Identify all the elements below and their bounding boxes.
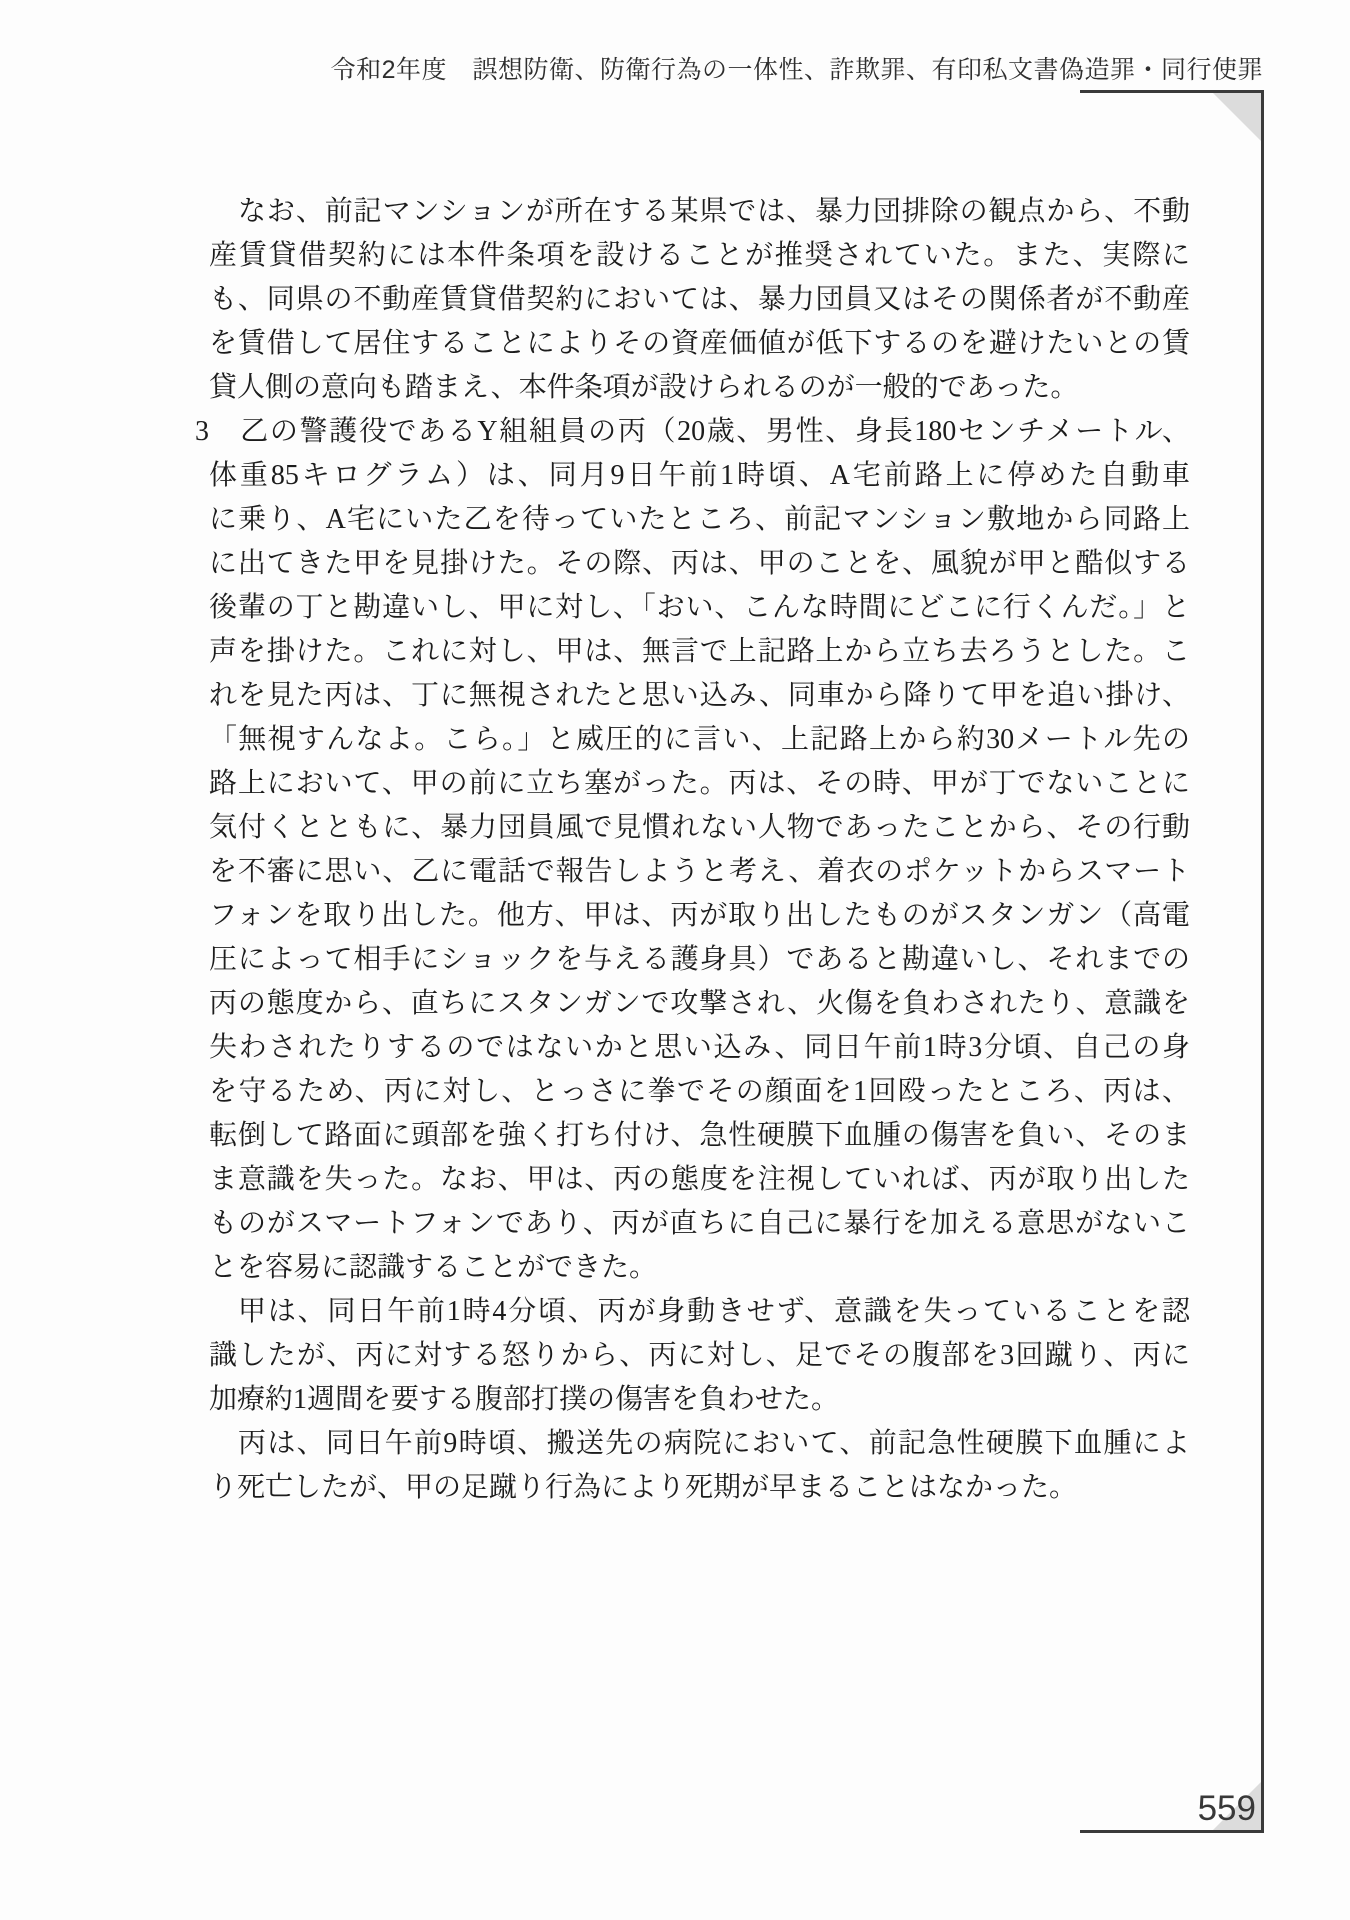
text-line: なお、前記マンションが所在する某県では、暴力団排除の観点から、不動	[209, 190, 1190, 234]
text-line: 気付くとともに、暴力団員風で見慣れない人物であったことから、その行動	[209, 806, 1190, 850]
text-line: を守るため、丙に対し、とっさに拳でその顔面を1回殴ったところ、丙は、	[209, 1070, 1190, 1114]
book-page: 令和2年度 誤想防衛、防衛行為の一体性、詐欺罪、有印私文書偽造罪・同行使罪 なお…	[0, 0, 1350, 1920]
text-line: フォンを取り出した。他方、甲は、丙が取り出したものがスタンガン（高電	[209, 894, 1190, 938]
text-line: 「無視すんなよ。こら。」と威圧的に言い、上記路上から約30メートル先の	[209, 718, 1190, 762]
page-number: 559	[1198, 1789, 1256, 1829]
text-line: に乗り、A宅にいた乙を待っていたところ、前記マンション敷地から同路上	[209, 498, 1190, 542]
text-line: 丙の態度から、直ちにスタンガンで攻撃され、火傷を負わされたり、意識を	[209, 982, 1190, 1026]
text-line: 丙は、同日午前9時頃、搬送先の病院において、前記急性硬膜下血腫によ	[209, 1422, 1190, 1466]
text-line: 声を掛けた。これに対し、甲は、無言で上記路上から立ち去ろうとした。こ	[209, 630, 1190, 674]
text-line: を賃借して居住することによりその資産価値が低下するのを避けたいとの賃	[209, 322, 1190, 366]
text-line: を不審に思い、乙に電話で報告しようと考え、着衣のポケットからスマート	[209, 850, 1190, 894]
text-line: 産賃貸借契約には本件条項を設けることが推奨されていた。また、実際に	[209, 234, 1190, 278]
text-line: 加療約1週間を要する腹部打撲の傷害を負わせた。	[209, 1378, 1190, 1422]
text-line: 路上において、甲の前に立ち塞がった。丙は、その時、甲が丁でないことに	[209, 762, 1190, 806]
text-line: 失わされたりするのではないかと思い込み、同日午前1時3分頃、自己の身	[209, 1026, 1190, 1070]
edge-rule-right	[1261, 90, 1264, 1833]
text-line: り死亡したが、甲の足蹴り行為により死期が早まることはなかった。	[209, 1466, 1190, 1510]
text-line: 後輩の丁と勘違いし、甲に対し、「おい、こんな時間にどこに行くんだ。」と	[209, 586, 1190, 630]
text-line: に出てきた甲を見掛けた。その際、丙は、甲のことを、風貌が甲と酷似する	[209, 542, 1190, 586]
text-line: 圧によって相手にショックを与える護身具）であると勘違いし、それまでの	[209, 938, 1190, 982]
text-line: ものがスマートフォンであり、丙が直ちに自己に暴行を加える意思がないこ	[209, 1202, 1190, 1246]
page-fold-top	[1213, 93, 1261, 141]
text-line: とを容易に認識することができた。	[209, 1246, 1190, 1290]
case-text-block: なお、前記マンションが所在する某県では、暴力団排除の観点から、不動産賃貸借契約に…	[209, 190, 1190, 1510]
text-line: 識したが、丙に対する怒りから、丙に対し、足でその腹部を3回蹴り、丙に	[209, 1334, 1190, 1378]
text-line: ま意識を失った。なお、甲は、丙の態度を注視していれば、丙が取り出した	[209, 1158, 1190, 1202]
running-head: 令和2年度 誤想防衛、防衛行為の一体性、詐欺罪、有印私文書偽造罪・同行使罪	[87, 50, 1263, 86]
text-line: も、同県の不動産賃貸借契約においては、暴力団員又はその関係者が不動産	[209, 278, 1190, 322]
text-line: 甲は、同日午前1時4分頃、丙が身動きせず、意識を失っていることを認	[209, 1290, 1190, 1334]
text-line: 貸人側の意向も踏まえ、本件条項が設けられるのが一般的であった。	[209, 366, 1190, 410]
text-line: 体重85キログラム）は、同月9日午前1時頃、A宅前路上に停めた自動車	[209, 454, 1190, 498]
text-line: 3 乙の警護役であるY組組員の丙（20歳、男性、身長180センチメートル、	[195, 410, 1190, 454]
corner-rule-bottom	[1080, 1830, 1264, 1833]
text-line: れを見た丙は、丁に無視されたと思い込み、同車から降りて甲を追い掛け、	[209, 674, 1190, 718]
text-line: 転倒して路面に頭部を強く打ち付け、急性硬膜下血腫の傷害を負い、そのま	[209, 1114, 1190, 1158]
